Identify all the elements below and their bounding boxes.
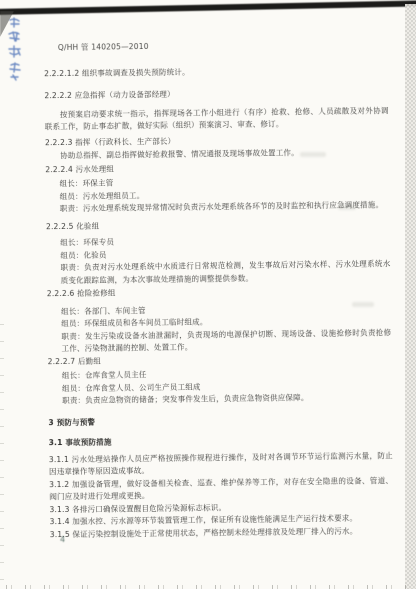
clause-2-2-2-5-heading: 2.2.2.5 化验组 — [2, 216, 416, 234]
scanned-document-page: Q/HH 管 140205—2010 2.2.2.1.2 组织事故调查及损失预防… — [0, 0, 416, 589]
clause-2-2-2-2-body: 按预案启动要求统一指示，指挥现场各工作小组进行（有序）抢救、抢修、人员疏散及对外… — [1, 104, 416, 134]
standard-number-header: Q/HH 管 140205—2010 — [0, 38, 416, 56]
heading-3: 3 预防与预警 — [4, 412, 416, 430]
clause-2-2-2-1-2: 2.2.2.1.2 组织事故调查及损失预防统计。 — [0, 63, 416, 81]
group-duty-line: 职责：负责对污水处理系统中水质进行日常规范检测，发生事故后对污染水样、污水处理系… — [2, 258, 416, 288]
clause-2-2-2-3-body-text: 协助总指挥、副总指挥做好抢救报警、情况通报及现场事故处置工作。 — [60, 148, 299, 160]
heading-3-1: 3.1 事故预防措施 — [5, 433, 416, 451]
clause-2-2-2-2-body-text: 按预案启动要求统一指示，指挥现场各工作小组进行（有序）抢救、抢修、人员疏散及对外… — [45, 105, 389, 131]
clause-2-2-2-2-heading: 2.2.2.2 应急指挥（动力设备部经理） — [0, 86, 416, 104]
scan-bottom-edge — [0, 585, 406, 589]
page-number: 4 — [60, 535, 65, 544]
document-content: Q/HH 管 140205—2010 2.2.2.1.2 组织事故调查及损失预防… — [0, 0, 416, 542]
